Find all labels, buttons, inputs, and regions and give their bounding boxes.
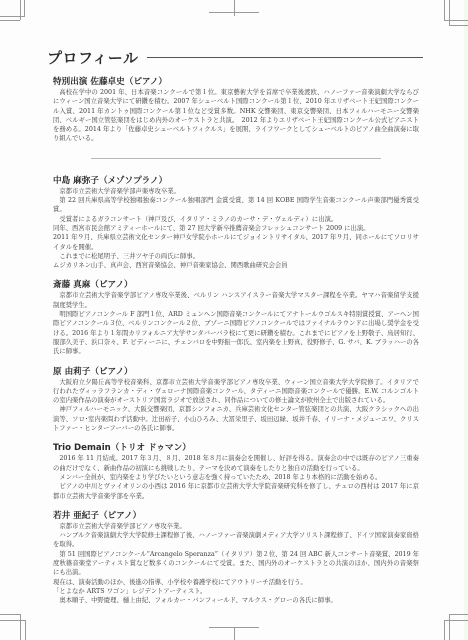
crop-mark-top-left-v xyxy=(20,0,21,20)
profile-hara: 原 由莉子（ピアノ） 大阪府立夕陽丘高等学校音楽科、京都市立芸術大学音楽学部ピア… xyxy=(53,366,419,434)
bio-paragraph: 第 22 回兵庫県高等学校独唱独奏コンクール独唱部門 金賞受賞、第 14 回 K… xyxy=(53,196,419,215)
crop-mark-top-right-v xyxy=(444,0,445,20)
bio-paragraph: これまでに松尾明子、三井ツヤ子の両氏に師事。 xyxy=(53,252,419,261)
bio-paragraph: 2011 年９月、兵庫県立芸術文化センター神戸女学院小ホールにてジョイントリサイ… xyxy=(53,233,419,252)
bio-paragraph: ピアノの中川とヴァイオリンの小西は 2016 年に京都市立芸術大学大学院音楽研究… xyxy=(53,482,419,501)
title-rule xyxy=(147,57,423,58)
bio-paragraph: 2016 年 11 月結成。2017 年３月、８月、2018 年８月に演奏会を開… xyxy=(53,454,419,473)
crop-mark-bottom-right-v2 xyxy=(444,620,445,640)
bio-paragraph: ムジカリネン山手、真声会、西宮音楽協会、神戸音楽家協会、関西歌曲研究会会員 xyxy=(53,261,419,270)
crop-mark-bottom-left-h2 xyxy=(0,620,25,621)
crop-mark-bottom-left-h xyxy=(0,614,20,615)
bio-paragraph: 第 51 回国際ピアノコンクール“Arcangelo Speranza”（イタリ… xyxy=(53,550,419,578)
bio-paragraph: 「とよなか ARTS ワゴン」レジデントアーティスト。 xyxy=(53,587,419,596)
performer-name: 中島 麻弥子（メゾソプラノ） xyxy=(53,175,419,187)
crop-mark-top-right-v2 xyxy=(449,0,450,25)
crop-mark-top-left-v2 xyxy=(24,0,25,17)
crop-mark-bottom-right-v xyxy=(449,614,450,640)
crop-mark-bottom-left-v xyxy=(20,614,21,640)
profile-content: 特別出演 佐藤卓史（ピアノ） 高校在学中の 2001 年、日本音楽コンクールで第… xyxy=(53,76,419,614)
performer-name: 原 由莉子（ピアノ） xyxy=(53,366,419,378)
bio-paragraph: 京都市立芸術大学音楽学部ピアノ専攻卒業後、ベルリン ハンスアイスラー音楽大学マス… xyxy=(53,291,419,310)
crop-mark-bottom-right-h xyxy=(449,614,468,615)
bio-paragraph: 京都市立芸術大学音楽学部声楽専攻卒業。 xyxy=(53,187,419,196)
bio-paragraph: 神戸フィルハーモニック、大阪交響楽団、京都シンフォニカ、兵庫芸術文化センター管弦… xyxy=(53,405,419,433)
bio-paragraph: 現在は、演奏活動のほか、後進の指導、小学校や養護学校にてアウトリーチ活動を行う。 xyxy=(53,578,419,587)
profile-saito: 斎藤 真麻（ピアノ） 京都市立芸術大学音楽学部ピアノ専攻卒業後、ベルリン ハンス… xyxy=(53,279,419,356)
performer-name: 若井 亜紀子（ピアノ） xyxy=(53,510,419,522)
crop-mark-bottom-right-h2 xyxy=(444,620,468,621)
bio-paragraph: 明国際ピアノコンクール F 部門１位、ARD ミュンヘン国際音楽コンクールにてア… xyxy=(53,310,419,356)
bio-paragraph: 同年、西宮市民会館アミティーホールにて、第 27 回大学新卒推薦音楽会フレッシュ… xyxy=(53,224,419,233)
bio-paragraph: 奥本順子、中野慶理、樋上由紀、フォルカー・バンフィールド、マルクス・グローの各氏… xyxy=(53,596,419,605)
crop-mark-top-right-h2 xyxy=(449,25,468,26)
crop-mark-top-right-h xyxy=(444,20,468,21)
section-divider xyxy=(91,158,381,159)
profile-sato: 特別出演 佐藤卓史（ピアノ） 高校在学中の 2001 年、日本音楽コンクールで第… xyxy=(53,76,419,144)
bio-paragraph: 受賞者によるガラコンサート（神戸及び、イタリア・ミラノのカーサ・デ・ヴェルディ）… xyxy=(53,215,419,224)
performer-name: 斎藤 真麻（ピアノ） xyxy=(53,279,419,291)
page-header: プロフィール xyxy=(47,47,423,68)
profile-wakai: 若井 亜紀子（ピアノ） 京都市立芸術大学音楽学部ピアノ専攻卒業。 ハンブルク音楽… xyxy=(53,510,419,606)
crop-mark-bottom-left-v2 xyxy=(25,620,26,640)
bio-paragraph: メンバー全員が、室内楽をより学びたいという意志を強く持っていたため、2018 年… xyxy=(53,473,419,482)
crop-mark-top-left-h2 xyxy=(0,20,20,21)
page-edge-strip xyxy=(464,0,468,640)
crop-mark-bottom-center-v xyxy=(234,627,235,640)
crop-mark-top-center-v xyxy=(234,0,235,16)
performer-name: 特別出演 佐藤卓史（ピアノ） xyxy=(53,76,419,88)
performer-name: Trio Demain（トリオ ドゥマン） xyxy=(53,442,419,454)
bio-paragraph: 京都市立芸術大学音楽学部ピアノ専攻卒業。 xyxy=(53,522,419,531)
profile-nakajima: 中島 麻弥子（メゾソプラノ） 京都市立芸術大学音楽学部声楽専攻卒業。 第 22 … xyxy=(53,175,419,271)
bio-paragraph: ハンブルク音楽演劇大学大学院修士課程修了後、ハノーファー音楽演劇メディア大学ソリ… xyxy=(53,531,419,550)
page-title: プロフィール xyxy=(47,47,139,68)
bio-paragraph: 高校在学中の 2001 年、日本音楽コンクールで第１位。東京藝術大学を首席で卒業… xyxy=(53,88,419,144)
bio-paragraph: 大阪府立夕陽丘高等学校音楽科、京都市立芸術大学音楽学部ピアノ専攻卒業、ウィーン国… xyxy=(53,378,419,406)
profile-trio-demain: Trio Demain（トリオ ドゥマン） 2016 年 11 月結成。2017… xyxy=(53,442,419,500)
